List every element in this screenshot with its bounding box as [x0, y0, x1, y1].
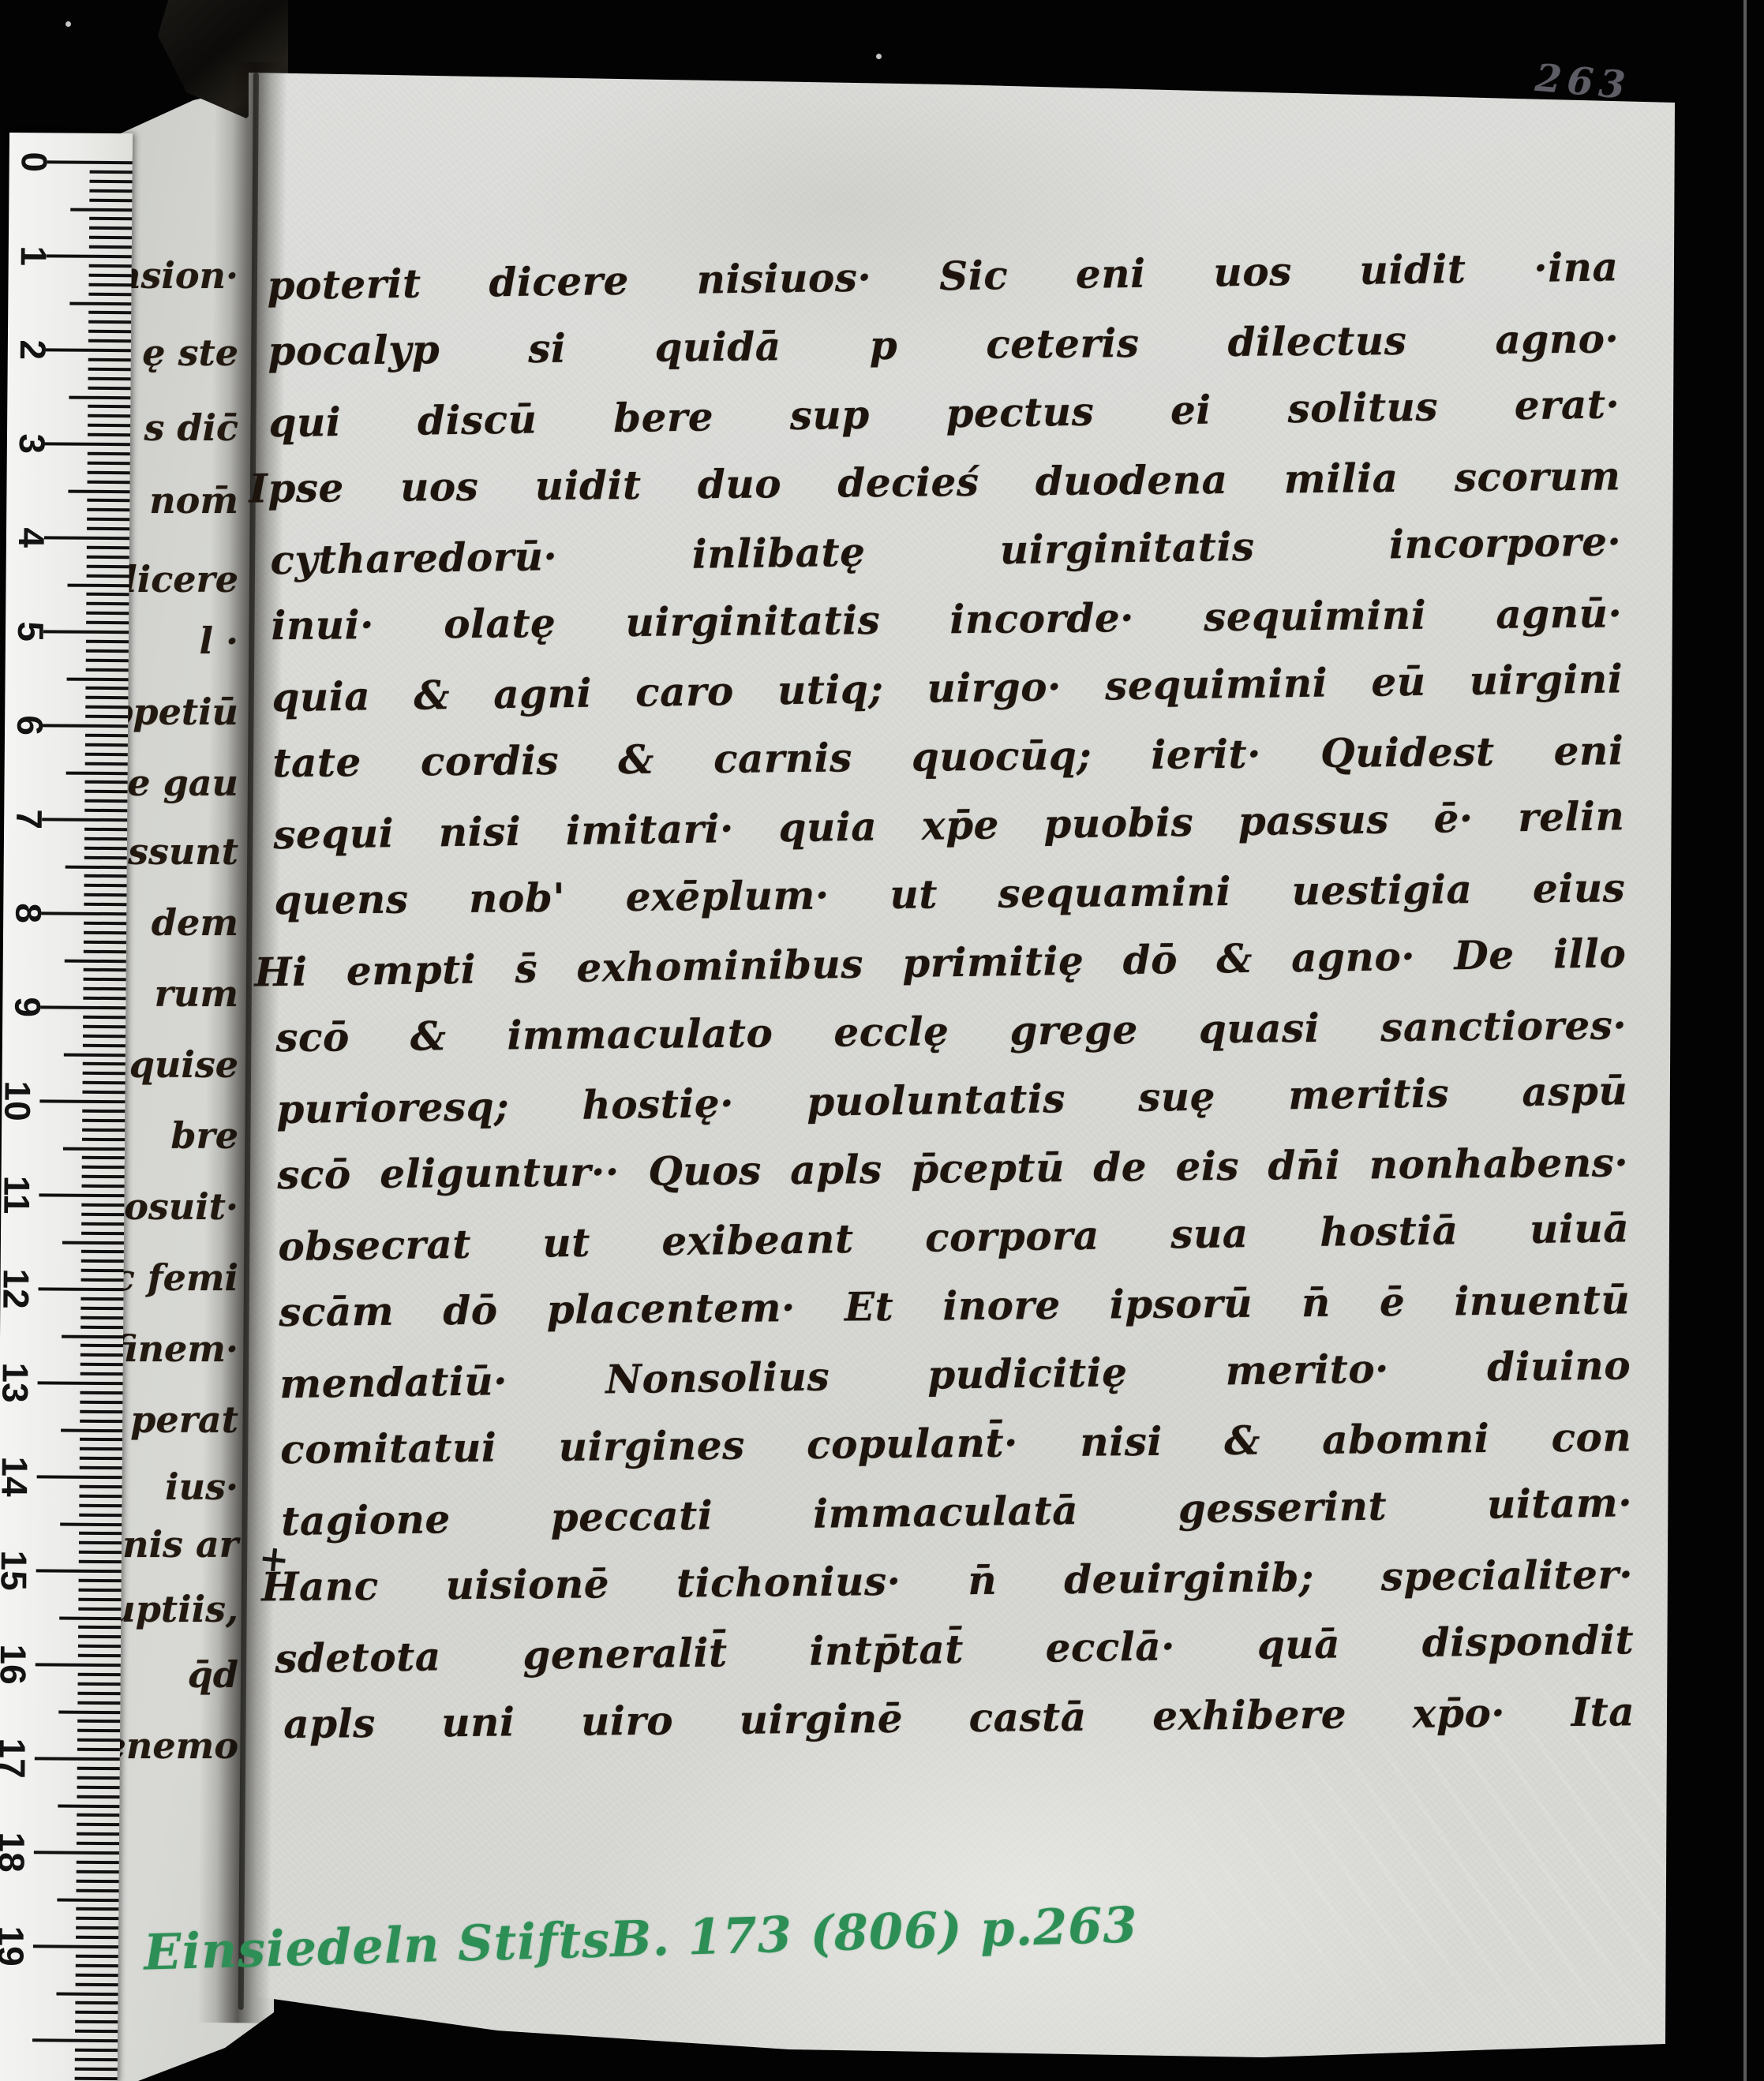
ruler-tick	[63, 1147, 125, 1151]
ruler-tick	[83, 1062, 125, 1065]
margin-cross-mark: +	[257, 1536, 291, 1581]
ruler-tick	[47, 160, 133, 164]
ruler-tick	[82, 1137, 125, 1140]
ruler-tick	[64, 1053, 125, 1057]
ruler-tick	[86, 649, 129, 653]
ruler-tick	[78, 1673, 121, 1676]
ruler-tick	[84, 884, 126, 887]
ruler-number: 3	[13, 421, 52, 466]
ruler-tick	[79, 1532, 122, 1535]
ruler-number: 0	[14, 140, 54, 184]
ruler-tick	[86, 593, 129, 596]
ruler-tick	[76, 1973, 118, 1976]
ruler-tick	[66, 771, 128, 775]
ruler-tick	[77, 1879, 119, 1882]
ruler-tick	[76, 1917, 118, 1920]
ruler-tick	[41, 911, 126, 915]
ruler-tick	[84, 846, 127, 849]
ruler-tick	[81, 1307, 123, 1310]
ruler-tick	[83, 1081, 125, 1084]
ruler-tick	[84, 893, 126, 896]
ruler-tick	[76, 1982, 118, 1986]
ruler-tick	[87, 574, 129, 577]
ruler-tick	[81, 1372, 123, 1375]
ruler-tick	[87, 546, 129, 549]
ruler-number: 16	[0, 1642, 33, 1686]
ruler-tick	[86, 658, 129, 661]
ruler-tick	[83, 1016, 125, 1019]
ruler-tick	[89, 236, 132, 239]
ruler-tick	[87, 499, 129, 502]
ruler-tick	[80, 1438, 122, 1441]
ruler-tick	[84, 790, 127, 793]
ruler-tick	[81, 1353, 123, 1357]
ruler-tick	[81, 1363, 123, 1366]
ruler-tick	[43, 724, 128, 728]
ruler-tick	[35, 1757, 120, 1761]
ruler-tick	[87, 518, 129, 521]
ruler-tick	[81, 1269, 124, 1272]
ruler-tick	[85, 715, 128, 718]
ruler-tick	[76, 1955, 118, 1958]
ruler-tick	[88, 470, 130, 473]
ruler: 012345678910111213141516171819	[0, 133, 133, 2081]
manuscript-text-lines: poterit dicere nisiuos· Sic eni uos uidi…	[267, 234, 1635, 1760]
ruler-tick	[44, 536, 129, 540]
ruler-tick	[78, 1589, 121, 1592]
ruler-tick	[77, 1842, 119, 1845]
ruler-tick	[75, 2020, 118, 2023]
ruler-tick	[88, 330, 131, 333]
ruler-tick	[88, 358, 131, 361]
ruler-tick	[88, 368, 131, 371]
ruler-number: 10	[0, 1079, 38, 1123]
photo-edge-line	[1743, 0, 1747, 2081]
ruler-tick	[66, 865, 127, 869]
ruler-number: 12	[0, 1267, 36, 1311]
ruler-tick	[39, 1193, 124, 1197]
ruler-tick	[77, 1870, 119, 1873]
ruler-tick	[80, 1447, 122, 1450]
ruler-tick	[79, 1513, 122, 1516]
ruler-tick	[77, 1720, 120, 1723]
ruler-tick	[78, 1654, 121, 1657]
ruler-tick	[84, 855, 127, 859]
ruler-tick	[70, 208, 132, 211]
ruler-tick	[84, 922, 126, 925]
ruler-number: 1	[14, 234, 54, 278]
ruler-tick	[83, 1043, 125, 1046]
ruler-tick	[80, 1401, 122, 1404]
ruler-tick	[82, 1175, 125, 1178]
ruler-number: 7	[9, 797, 49, 841]
ruler-tick	[83, 1025, 125, 1028]
ruler-tick	[82, 1166, 125, 1169]
ruler-tick	[82, 1110, 125, 1113]
ruler-tick	[89, 264, 132, 268]
ruler-tick	[83, 997, 125, 1000]
ruler-tick	[77, 1767, 120, 1770]
ruler-tick	[86, 668, 129, 671]
ruler-tick	[67, 583, 129, 587]
ruler-tick	[57, 1898, 118, 1902]
ruler-tick	[84, 978, 126, 981]
ruler-tick	[88, 424, 130, 427]
ruler-tick	[89, 217, 132, 220]
ruler-tick	[75, 2049, 118, 2052]
ruler-number: 19	[0, 1924, 31, 1968]
ruler-tick	[82, 1091, 125, 1094]
ruler-tick	[36, 1569, 122, 1573]
ruler-tick	[84, 949, 126, 953]
ruler-tick	[59, 1616, 121, 1620]
ruler-tick	[61, 1428, 122, 1432]
ruler-tick	[77, 1729, 120, 1732]
ruler-tick	[81, 1259, 124, 1263]
ruler-tick	[84, 837, 127, 840]
ruler-tick	[38, 1381, 123, 1385]
dust-speck	[66, 21, 71, 27]
ruler-tick	[84, 931, 126, 934]
ruler-tick	[80, 1485, 122, 1488]
ruler-tick	[84, 903, 126, 906]
ruler-tick	[78, 1607, 121, 1610]
ruler-tick	[77, 1701, 120, 1704]
folio-number: 263	[1534, 56, 1633, 108]
ruler-tick	[77, 1861, 119, 1864]
ruler-tick	[77, 1832, 119, 1836]
ruler-tick	[76, 1926, 118, 1929]
ruler-tick	[83, 987, 125, 990]
ruler-tick	[79, 1560, 122, 1563]
ruler-tick	[65, 959, 126, 963]
ruler-tick	[76, 1888, 118, 1892]
ruler-number: 8	[9, 891, 48, 935]
ruler-tick	[78, 1645, 121, 1648]
ruler-tick	[43, 630, 129, 634]
ruler-tick	[77, 1785, 120, 1788]
ruler-tick	[81, 1278, 124, 1282]
ruler-tick	[85, 762, 128, 765]
ruler-number: 13	[0, 1361, 36, 1405]
ruler-tick	[80, 1391, 122, 1394]
ruler-tick	[37, 1475, 122, 1479]
ruler-tick	[81, 1250, 124, 1253]
ruler-tick	[90, 180, 133, 183]
ruler-tick	[82, 1128, 125, 1131]
ruler-tick	[77, 1823, 119, 1826]
ruler-tick	[77, 1776, 120, 1780]
ruler-tick	[85, 706, 128, 709]
ruler-tick	[88, 452, 130, 455]
ruler-tick	[78, 1597, 121, 1600]
ruler-tick	[82, 1185, 125, 1188]
ruler-tick	[82, 1119, 125, 1122]
ruler-number: 18	[0, 1830, 32, 1874]
ruler-tick	[89, 245, 132, 249]
ruler-number: 17	[0, 1736, 32, 1780]
ruler-number: 2	[13, 327, 53, 372]
ruler-tick	[88, 311, 131, 314]
ruler-tick	[85, 780, 128, 784]
ruler-tick	[82, 1156, 125, 1159]
ruler-tick	[80, 1409, 122, 1413]
ruler-number: 9	[8, 985, 47, 1029]
ruler-tick	[89, 189, 132, 192]
ruler-tick	[88, 405, 130, 408]
ruler-tick	[87, 527, 129, 530]
dust-speck	[876, 54, 882, 59]
ruler-tick	[76, 1936, 118, 1939]
ruler-tick	[77, 1739, 120, 1742]
ruler-tick	[33, 1944, 118, 1948]
ruler-tick	[42, 818, 127, 822]
ruler-tick	[86, 640, 129, 643]
ruler-tick	[89, 274, 132, 277]
ruler-tick	[79, 1541, 122, 1544]
ruler-tick	[40, 1005, 125, 1009]
ruler-tick	[86, 621, 129, 624]
ruler-tick	[81, 1222, 124, 1225]
ruler-tick	[85, 752, 128, 755]
ruler-tick	[75, 2067, 118, 2070]
ruler-tick	[83, 1072, 125, 1075]
ruler-tick	[88, 386, 130, 389]
ruler-tick	[34, 1851, 119, 1855]
ruler-tick	[78, 1626, 121, 1629]
ruler-tick	[75, 2011, 118, 2014]
ruler-tick	[79, 1503, 122, 1506]
ruler-tick	[81, 1231, 124, 1234]
ruler-tick	[88, 462, 130, 465]
ruler-tick	[69, 301, 131, 305]
ruler-tick	[75, 2030, 118, 2033]
ruler-tick	[76, 1964, 118, 1967]
ruler-tick	[47, 254, 132, 258]
ruler-number: 11	[0, 1173, 37, 1217]
ruler-tick	[45, 442, 130, 446]
ruler-tick	[58, 1804, 119, 1808]
ruler-tick	[80, 1457, 122, 1460]
ruler-tick	[85, 734, 128, 737]
ruler-tick	[88, 320, 131, 324]
ruler-tick	[88, 376, 131, 380]
ruler-tick	[75, 2001, 118, 2004]
ruler-tick	[62, 1241, 124, 1244]
ruler-tick	[84, 968, 126, 971]
ruler-tick	[90, 170, 133, 174]
ruler-tick	[84, 828, 127, 831]
ruler-tick	[85, 687, 128, 690]
ruler-tick	[81, 1213, 124, 1216]
ruler-tick	[39, 1099, 125, 1103]
ruler-tick	[56, 1992, 118, 1996]
manuscript-photo: nsion·ę stes dic̄nom̄licerel ·ppetiūone …	[0, 0, 1764, 2081]
ruler-tick	[46, 348, 131, 352]
ruler-tick	[67, 677, 129, 681]
ruler-tick	[81, 1316, 123, 1319]
ruler-tick	[84, 799, 127, 803]
ruler-tick	[75, 2076, 118, 2079]
ruler-tick	[88, 283, 131, 286]
ruler-tick	[77, 1813, 119, 1817]
ruler-tick	[89, 226, 132, 230]
ruler-tick	[85, 743, 128, 747]
ruler-number: 5	[11, 609, 51, 653]
ruler-tick	[68, 489, 129, 493]
ruler-tick	[88, 433, 130, 436]
ruler-tick	[84, 809, 127, 812]
ruler-tick	[79, 1579, 122, 1582]
ruler-tick	[80, 1466, 122, 1469]
ruler-tick	[79, 1495, 122, 1498]
ruler-tick	[88, 414, 130, 417]
ruler-tick	[85, 696, 128, 699]
ruler-tick	[76, 1907, 118, 1911]
ruler-tick	[32, 2038, 118, 2042]
ruler-tick	[81, 1203, 124, 1207]
ruler-tick	[88, 292, 131, 295]
ruler-tick	[83, 1034, 125, 1037]
ruler-tick	[77, 1795, 119, 1798]
ruler-tick	[38, 1287, 123, 1291]
ruler-tick	[60, 1522, 122, 1526]
ruler-tick	[84, 940, 126, 943]
ruler-tick	[81, 1344, 123, 1347]
ruler-tick	[69, 395, 130, 399]
ruler-tick	[75, 2058, 118, 2061]
manuscript-text-line: apls uni uiro uirginē castā exhibere xp̄…	[283, 1677, 1635, 1758]
ruler-tick	[87, 556, 129, 559]
ruler-tick	[84, 874, 127, 878]
ruler-tick	[78, 1682, 121, 1686]
ruler-tick	[86, 612, 129, 615]
ruler-tick	[88, 480, 130, 483]
ruler-tick	[77, 1748, 120, 1751]
ruler-number: 15	[0, 1548, 34, 1593]
ruler-tick	[81, 1325, 123, 1328]
ruler-tick	[81, 1297, 123, 1301]
ruler-number: 14	[0, 1454, 35, 1499]
ruler-tick	[88, 339, 131, 342]
ruler-tick	[77, 1691, 120, 1694]
ruler-tick	[87, 564, 129, 567]
ruler-tick	[87, 508, 129, 511]
ruler-tick	[58, 1710, 120, 1714]
ruler-tick	[80, 1419, 122, 1422]
ruler-tick	[89, 198, 132, 201]
ruler-number: 4	[12, 515, 51, 560]
ruler-tick	[78, 1635, 121, 1638]
ruler-tick	[36, 1663, 121, 1667]
ruler-tick	[86, 602, 129, 605]
ruler-number: 6	[10, 703, 50, 747]
ruler-tick	[62, 1334, 123, 1338]
ruler-tick	[79, 1551, 122, 1554]
